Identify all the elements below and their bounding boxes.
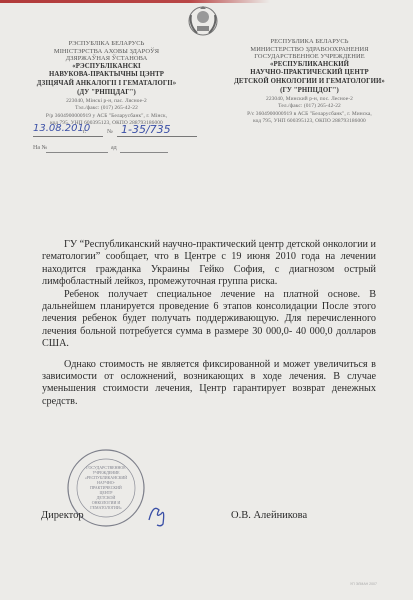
- date-underline: [33, 136, 103, 137]
- header-line: РЭСПУБЛІКА БЕЛАРУСЬ: [19, 40, 194, 48]
- number-underline: [117, 136, 197, 137]
- reply-date-underline: [120, 152, 168, 153]
- header-line: ДЗЯРЖАЎНАЯ ЎСТАНОВА: [19, 55, 194, 63]
- org-name-line: (ГУ "РНПЦДОГ"): [222, 87, 397, 96]
- address-line: код 795, УНП 600395123, ОКПО 28879318600…: [222, 118, 397, 124]
- reply-label: На №: [33, 145, 47, 151]
- org-name-line: ДЕТСКОЙ ОНКОЛОГИИ И ГЕМАТОЛОГИИ»: [222, 78, 397, 87]
- address-line: 223040, Мінскі р-н, пас. Лясное-2: [19, 98, 194, 104]
- print-code: УП ЭЛМАН 2007: [350, 582, 377, 586]
- letterhead-belarusian: РЭСПУБЛІКА БЕЛАРУСЬ МІНІСТЭРСТВА АХОВЫ З…: [19, 40, 194, 126]
- handwritten-signature-icon: [145, 500, 173, 528]
- belarus-coat-of-arms-icon: [185, 5, 221, 37]
- paragraph: ГУ “Республиканский научно-практический …: [42, 239, 376, 289]
- org-name-line: НАУЧНО-ПРАКТИЧЕСКИЙ ЦЕНТР: [222, 69, 397, 78]
- header-line: ГОСУДАРСТВЕННОЕ УЧРЕЖДЕНИЕ: [222, 53, 397, 61]
- reply-from-label: ад: [111, 145, 117, 151]
- outgoing-reference: 13.08.2010 г. № 1-35/735: [33, 127, 193, 139]
- number-label: №: [107, 129, 113, 135]
- paragraph: Однако стоимость не является фиксированн…: [42, 359, 376, 409]
- org-name-line: НАВУКОВА-ПРАКТЫЧНЫ ЦЭНТР: [19, 71, 194, 80]
- reply-number-underline: [46, 152, 108, 153]
- address-line: 223040, Минский р-н, пос. Лесное-2: [222, 96, 397, 102]
- letter-body: ГУ “Республиканский научно-практический …: [42, 239, 376, 408]
- incoming-reference: На № ад: [33, 145, 193, 155]
- paragraph: Ребенок получает специальное лечение на …: [42, 289, 376, 351]
- letterhead-russian: РЕСПУБЛИКА БЕЛАРУСЬ МИНИСТЕРСТВО ЗДРАВОО…: [222, 38, 397, 124]
- address-line: Тэл./факс: (017) 265-42-22: [19, 105, 194, 111]
- signatory-title: Директор: [41, 510, 84, 521]
- svg-text:ГЕМАТОЛОГИИ»: ГЕМАТОЛОГИИ»: [90, 505, 122, 510]
- handwritten-number: 1-35/735: [121, 123, 171, 136]
- address-line: Р/с 3604900000919 в АСБ "Беларусбанк", г…: [222, 111, 397, 117]
- address-line: Тел./факс: (017) 265-42-22: [222, 103, 397, 109]
- org-name-line: «РЭСПУБЛІКАНСКІ: [19, 63, 194, 72]
- handwritten-date: 13.08.2010: [33, 123, 90, 134]
- letterhead-red-band: [0, 0, 270, 3]
- signatory-name: О.В. Алейникова: [231, 510, 307, 521]
- date-suffix: г.: [83, 129, 86, 135]
- org-name-line: (ДУ "РНПЦДАГ"): [19, 89, 194, 98]
- header-line: РЕСПУБЛИКА БЕЛАРУСЬ: [222, 38, 397, 46]
- org-name-line: ДЗІЦЯЧАЙ АНКАЛОГІІ І ГЕМАТАЛОГІІ»: [19, 80, 194, 89]
- address-line: Р/р 3604900000919 у АСБ "Беларусбанк", г…: [19, 113, 194, 119]
- header-line: МИНИСТЕРСТВО ЗДРАВООХРАНЕНИЯ: [222, 46, 397, 54]
